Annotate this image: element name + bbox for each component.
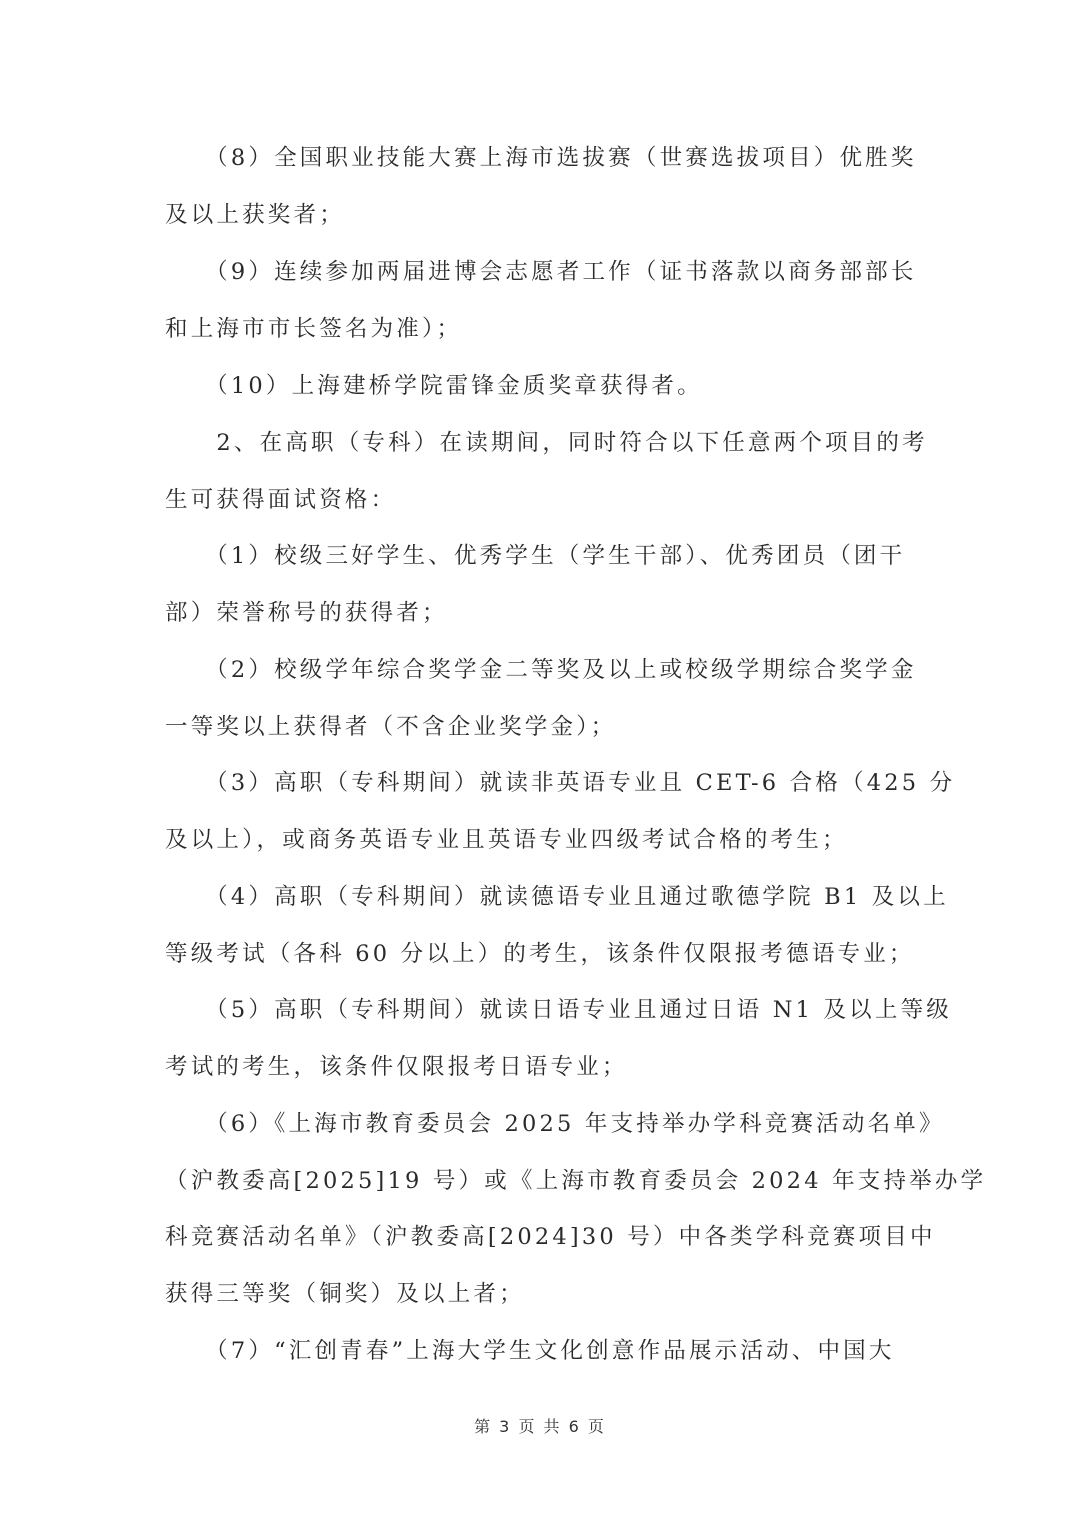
page-number-footer: 第 3 页 共 6 页 — [0, 1414, 1080, 1437]
text-line-item6-a: （6）《上海市教育委员会 2025 年支持举办学科竞赛活动名单》 — [165, 1108, 915, 1140]
text-line-item1-a: （1）校级三好学生、优秀学生（学生干部）、优秀团员（团干 — [165, 540, 915, 572]
text-line-item2-a: （2）校级学年综合奖学金二等奖及以上或校级学期综合奖学金 — [165, 654, 915, 686]
text-line-item8-a: （8）全国职业技能大赛上海市选拔赛（世赛选拔项目）优胜奖 — [165, 142, 915, 174]
text-line-item2-b: 一等奖以上获得者（不含企业奖学金）； — [165, 711, 915, 743]
text-line-item9-a: （9）连续参加两届进博会志愿者工作（证书落款以商务部部长 — [165, 256, 915, 288]
text-line-item4-a: （4）高职（专科期间）就读德语专业且通过歌德学院 B1 及以上 — [165, 881, 915, 913]
text-line-section2-b: 生可获得面试资格： — [165, 484, 915, 516]
text-line-item1-b: 部）荣誉称号的获得者； — [165, 597, 915, 629]
text-line-item3-b: 及以上），或商务英语专业且英语专业四级考试合格的考生； — [165, 824, 915, 856]
text-line-item3-a: （3）高职（专科期间）就读非英语专业且 CET-6 合格（425 分 — [165, 767, 915, 799]
text-line-section2-a: 2、在高职（专科）在读期间，同时符合以下任意两个项目的考 — [165, 427, 915, 459]
text-line-item7-a: （7）“汇创青春”上海大学生文化创意作品展示活动、中国大 — [165, 1335, 915, 1367]
text-line-item6-d: 获得三等奖（铜奖）及以上者； — [165, 1278, 915, 1310]
text-line-item9-b: 和上海市市长签名为准）； — [165, 313, 915, 345]
text-line-item5-a: （5）高职（专科期间）就读日语专业且通过日语 N1 及以上等级 — [165, 994, 915, 1026]
text-line-item4-b: 等级考试（各科 60 分以上）的考生，该条件仅限报考德语专业； — [165, 938, 915, 970]
text-line-item10: （10）上海建桥学院雷锋金质奖章获得者。 — [165, 370, 915, 402]
text-line-item6-c: 科竞赛活动名单》（沪教委高[2024]30 号）中各类学科竞赛项目中 — [165, 1221, 915, 1253]
document-page: （8）全国职业技能大赛上海市选拔赛（世赛选拔项目）优胜奖 及以上获奖者； （9）… — [0, 0, 1080, 1528]
text-line-item8-b: 及以上获奖者； — [165, 199, 915, 231]
text-line-item5-b: 考试的考生，该条件仅限报考日语专业； — [165, 1051, 915, 1083]
text-line-item6-b: （沪教委高[2025]19 号）或《上海市教育委员会 2024 年支持举办学 — [165, 1165, 915, 1197]
